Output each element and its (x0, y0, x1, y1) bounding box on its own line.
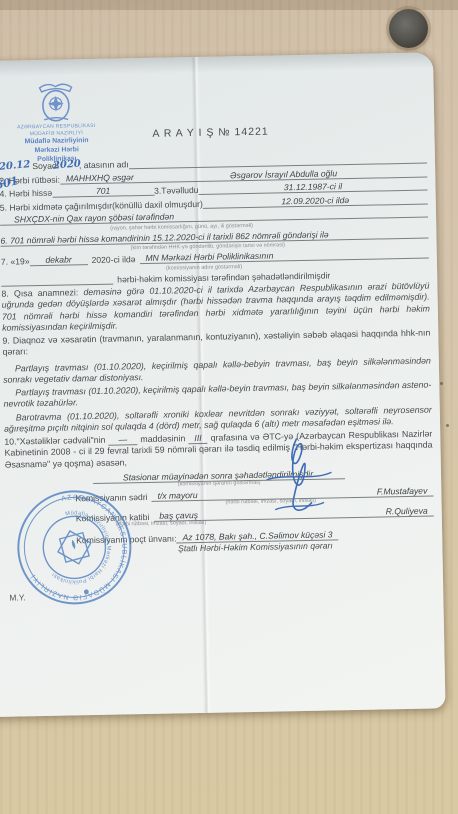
anamnesis-label: 8. Qısa anamnezi: (1, 287, 78, 298)
paragraph-anamnesis: 8. Qısa anamnezi: deməsinə görə 01.10.20… (1, 281, 430, 334)
field-value-exam-month: dekabr (29, 254, 87, 266)
field-label-exam-year: 2020-ci ildə (87, 254, 139, 265)
field-value-birthdate: 31.12.1987-ci il (198, 180, 427, 195)
letterhead-stamp: AZƏRBAYCAN RESPUBLİKASI MÜDAFİƏ NAZİRLİY… (0, 80, 121, 165)
field-label-certified: hərbi-həkim komissiyası tərəfindən şəhad… (113, 270, 330, 284)
wood-speck (440, 382, 443, 385)
field-label-exam-date: 7. «19» (1, 256, 30, 267)
handwritten-date: 20.12 (0, 159, 31, 173)
seal-place-label: M.Y. (9, 592, 26, 602)
chairman-rank: t/x mayoru (151, 490, 203, 501)
document-paper: AZƏRBAYCAN RESPUBLİKASI MÜDAFİƏ NAZİRLİY… (0, 52, 446, 717)
paragraph-regulation: 10."Xəstəliklər cədvəli"nin — maddəsinin… (4, 429, 433, 471)
regulation-pre: 10."Xəstəliklər cədvəli"nin (4, 435, 105, 447)
blank-line (1, 274, 113, 286)
photo-scene: AZƏRBAYCAN RESPUBLİKASI MÜDAFİƏ NAZİRLİY… (0, 0, 458, 814)
field-value-rank: MAHHXHQ əsgər (60, 172, 140, 185)
chairman-name: F.Mustafayev (371, 485, 434, 496)
regulation-article: — (108, 434, 137, 446)
field-value-conscription-date: 12.09.2020-ci ildə (203, 193, 428, 208)
secretary-name: R.Quliyeva (380, 505, 434, 516)
regulation-grade: III (188, 433, 208, 444)
regulation-mid: maddəsinin (140, 433, 185, 444)
table-edge-shade (0, 0, 458, 10)
field-label-conscription: 5. Hərbi xidmətə çağırılmışdır(könüllü d… (0, 198, 203, 212)
field-value-unit: 701 (52, 185, 154, 198)
blank-line (334, 228, 428, 240)
ministry-emblem-icon (33, 81, 78, 124)
handwritten-date-overlay: 2020 (53, 158, 82, 171)
wood-speck (446, 424, 449, 427)
document-title: A R A Y I Ş № 14221 (152, 124, 332, 139)
handwritten-signature-icon (256, 432, 342, 520)
field-label-patronymic: , atasının adı (79, 159, 129, 170)
wood-knot (389, 9, 428, 48)
field-label-birthdate: 3.Təvəlludu (154, 185, 199, 196)
